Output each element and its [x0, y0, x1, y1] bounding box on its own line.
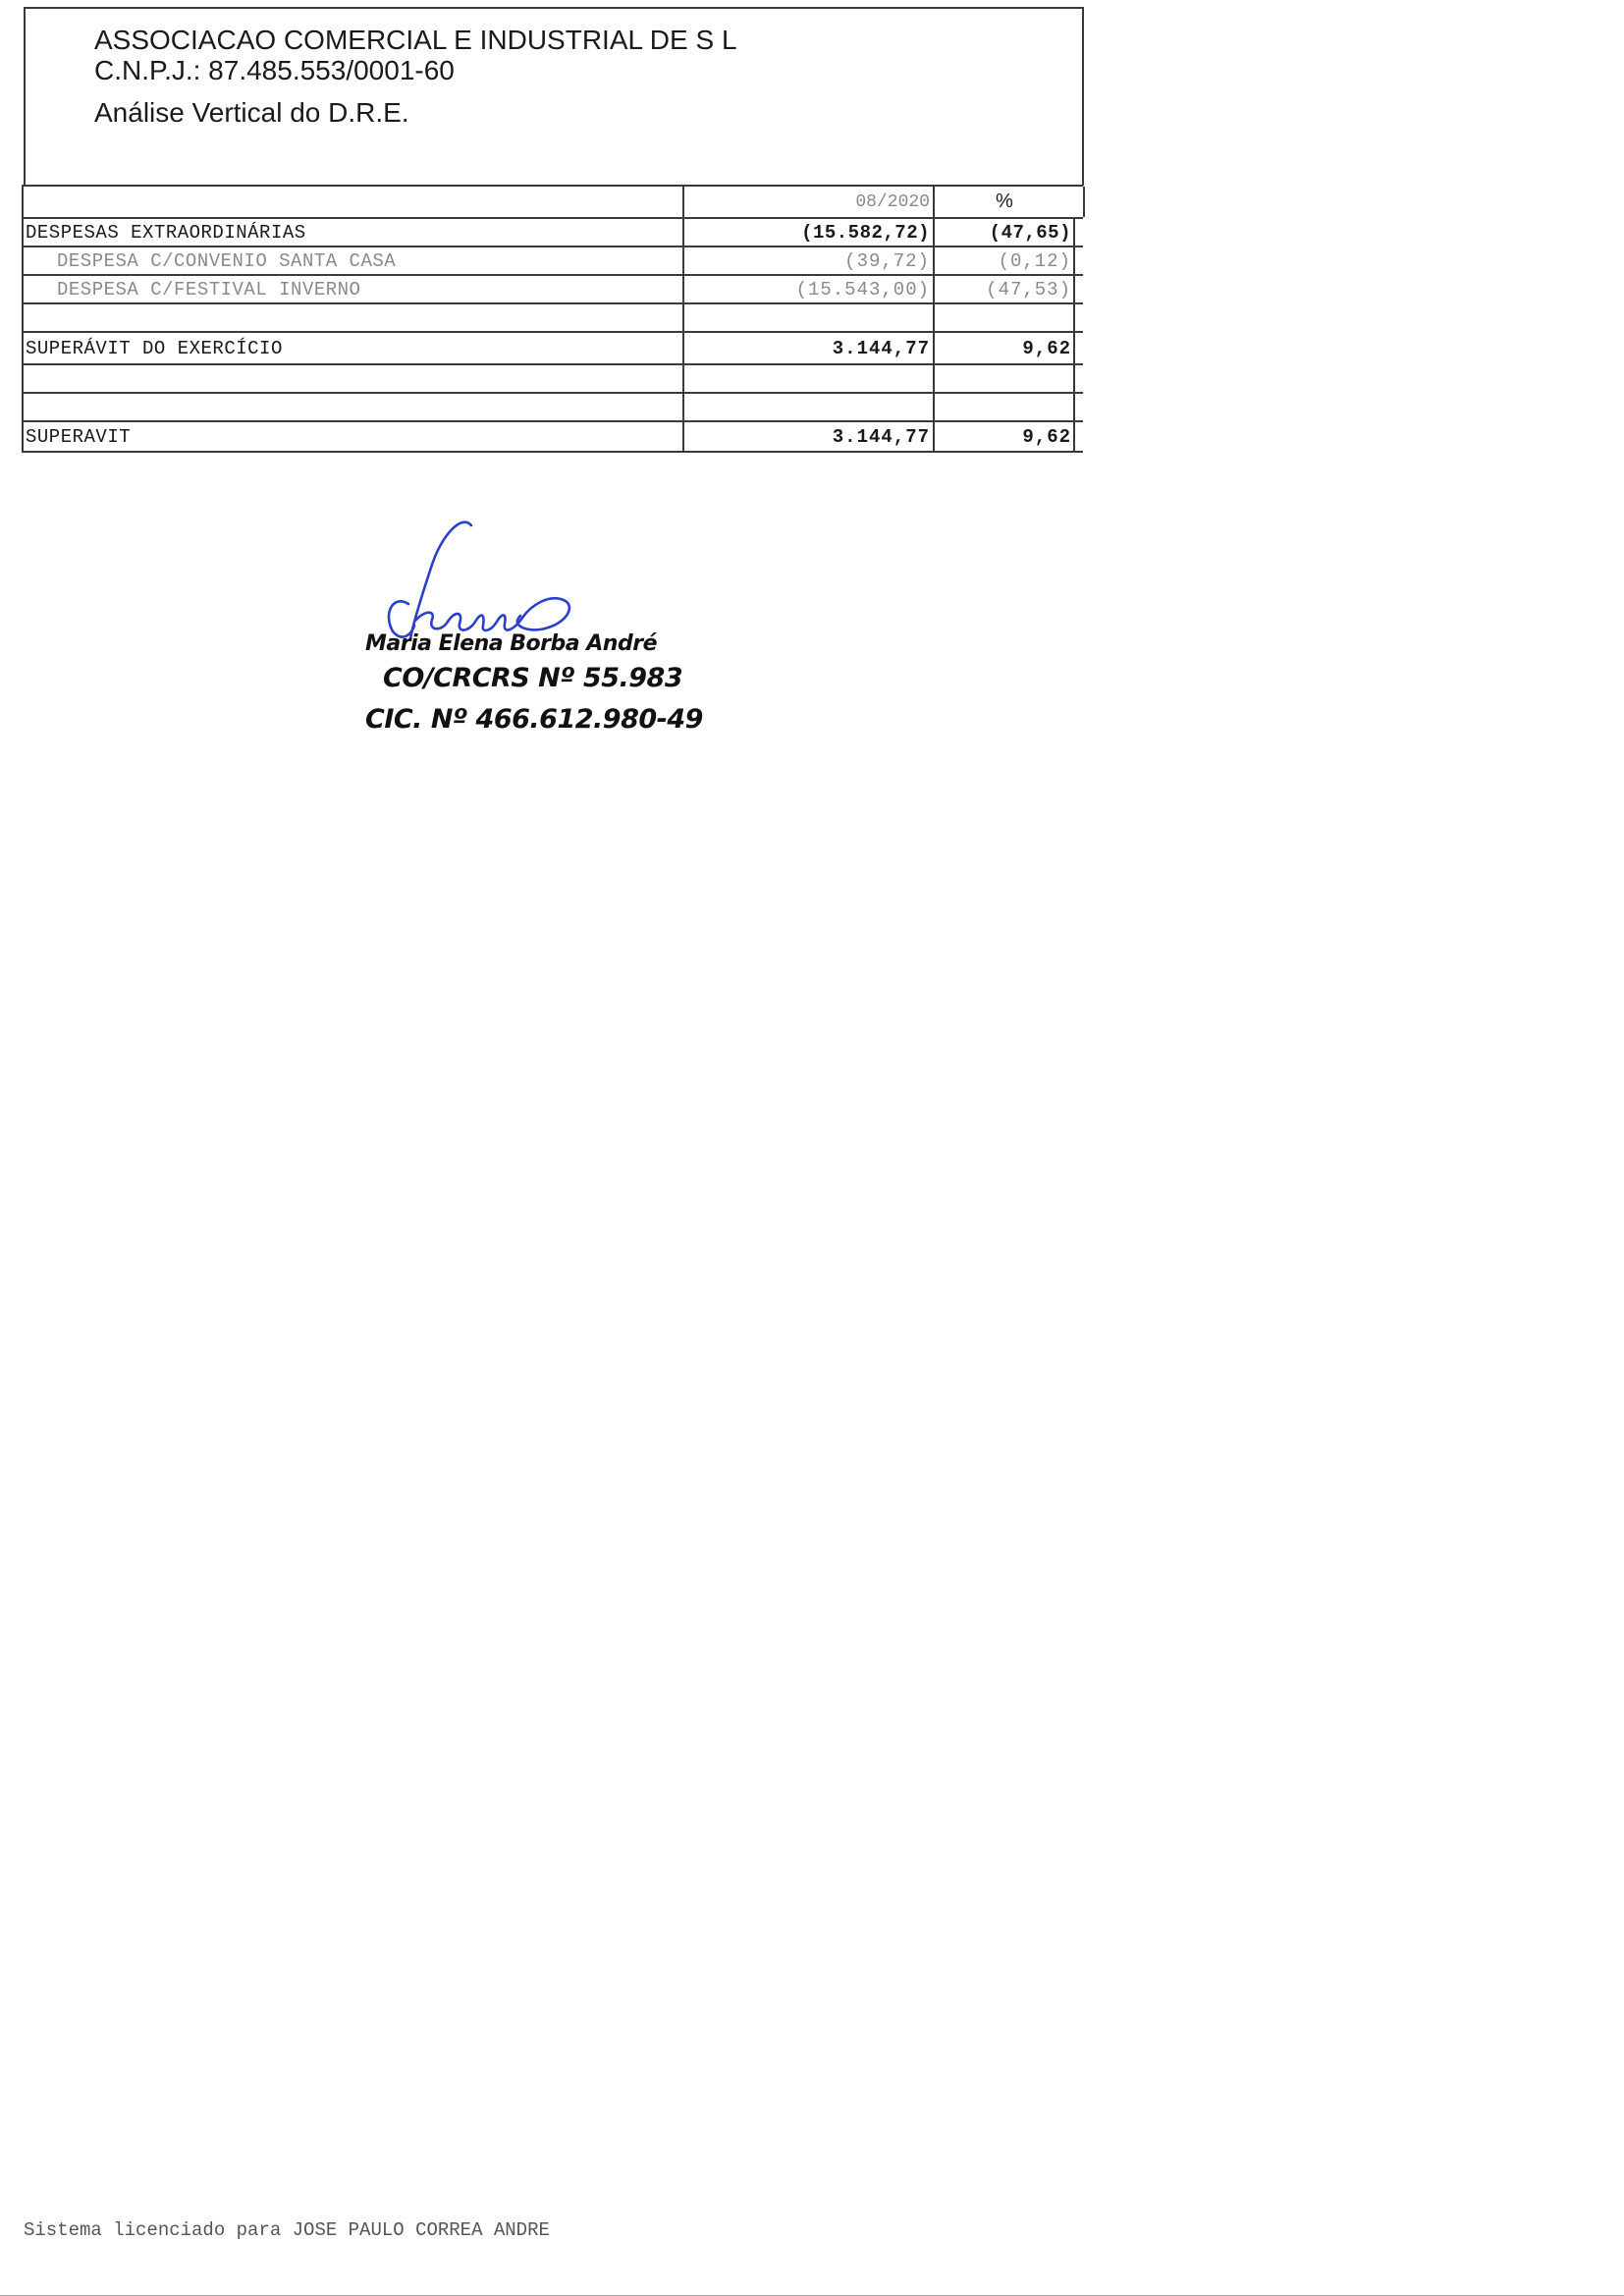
row-percent: 9,62 — [933, 422, 1075, 451]
row-label: SUPERAVIT — [22, 422, 682, 451]
table-row-blank — [22, 302, 1083, 331]
signer-cic: CIC. Nº 466.612.980-49 — [365, 704, 703, 735]
row-label: DESPESA C/FESTIVAL INVERNO — [22, 276, 682, 302]
row-label — [22, 365, 682, 392]
license-footer: Sistema licenciado para JOSE PAULO CORRE… — [24, 2219, 550, 2241]
row-percent — [933, 394, 1075, 420]
table-row: SUPERÁVIT DO EXERCÍCIO 3.144,77 9,62 — [22, 331, 1083, 363]
signer-name: Maria Elena Borba André — [365, 631, 657, 656]
table-row: DESPESA C/CONVENIO SANTA CASA (39,72) (0… — [22, 246, 1083, 274]
row-value: (39,72) — [682, 247, 933, 274]
row-percent: (0,12) — [933, 247, 1075, 274]
column-header-percent: % — [933, 187, 1085, 217]
column-header-account — [22, 187, 682, 217]
row-value: (15.582,72) — [682, 219, 933, 246]
signature-block: Maria Elena Borba André CO/CRCRS Nº 55.9… — [353, 516, 727, 751]
table-row-blank — [22, 392, 1083, 420]
dre-table: 08/2020 % DESPESAS EXTRAORDINÁRIAS (15.5… — [22, 185, 1083, 453]
row-percent — [933, 365, 1075, 392]
table-row: SUPERAVIT 3.144,77 9,62 — [22, 420, 1083, 453]
row-label: DESPESAS EXTRAORDINÁRIAS — [22, 219, 682, 246]
row-value — [682, 394, 933, 420]
company-name: ASSOCIACAO COMERCIAL E INDUSTRIAL DE S L — [94, 25, 737, 56]
signer-registration: CO/CRCRS Nº 55.983 — [383, 663, 682, 693]
row-value: (15.543,00) — [682, 276, 933, 302]
table-row: DESPESAS EXTRAORDINÁRIAS (15.582,72) (47… — [22, 217, 1083, 246]
row-value — [682, 304, 933, 331]
company-cnpj: C.N.P.J.: 87.485.553/0001-60 — [94, 55, 455, 86]
row-label: DESPESA C/CONVENIO SANTA CASA — [22, 247, 682, 274]
row-value — [682, 365, 933, 392]
row-percent: 9,62 — [933, 333, 1075, 363]
report-title: Análise Vertical do D.R.E. — [94, 97, 409, 129]
row-label: SUPERÁVIT DO EXERCÍCIO — [22, 333, 682, 363]
row-value: 3.144,77 — [682, 422, 933, 451]
row-label — [22, 394, 682, 420]
report-header: ASSOCIACAO COMERCIAL E INDUSTRIAL DE S L… — [24, 7, 1084, 186]
row-percent: (47,65) — [933, 219, 1075, 246]
table-row: DESPESA C/FESTIVAL INVERNO (15.543,00) (… — [22, 274, 1083, 302]
column-header-period: 08/2020 — [682, 187, 933, 217]
row-percent: (47,53) — [933, 276, 1075, 302]
table-row-blank — [22, 363, 1083, 392]
row-label — [22, 304, 682, 331]
table-header-row: 08/2020 % — [22, 185, 1083, 217]
row-value: 3.144,77 — [682, 333, 933, 363]
row-percent — [933, 304, 1075, 331]
